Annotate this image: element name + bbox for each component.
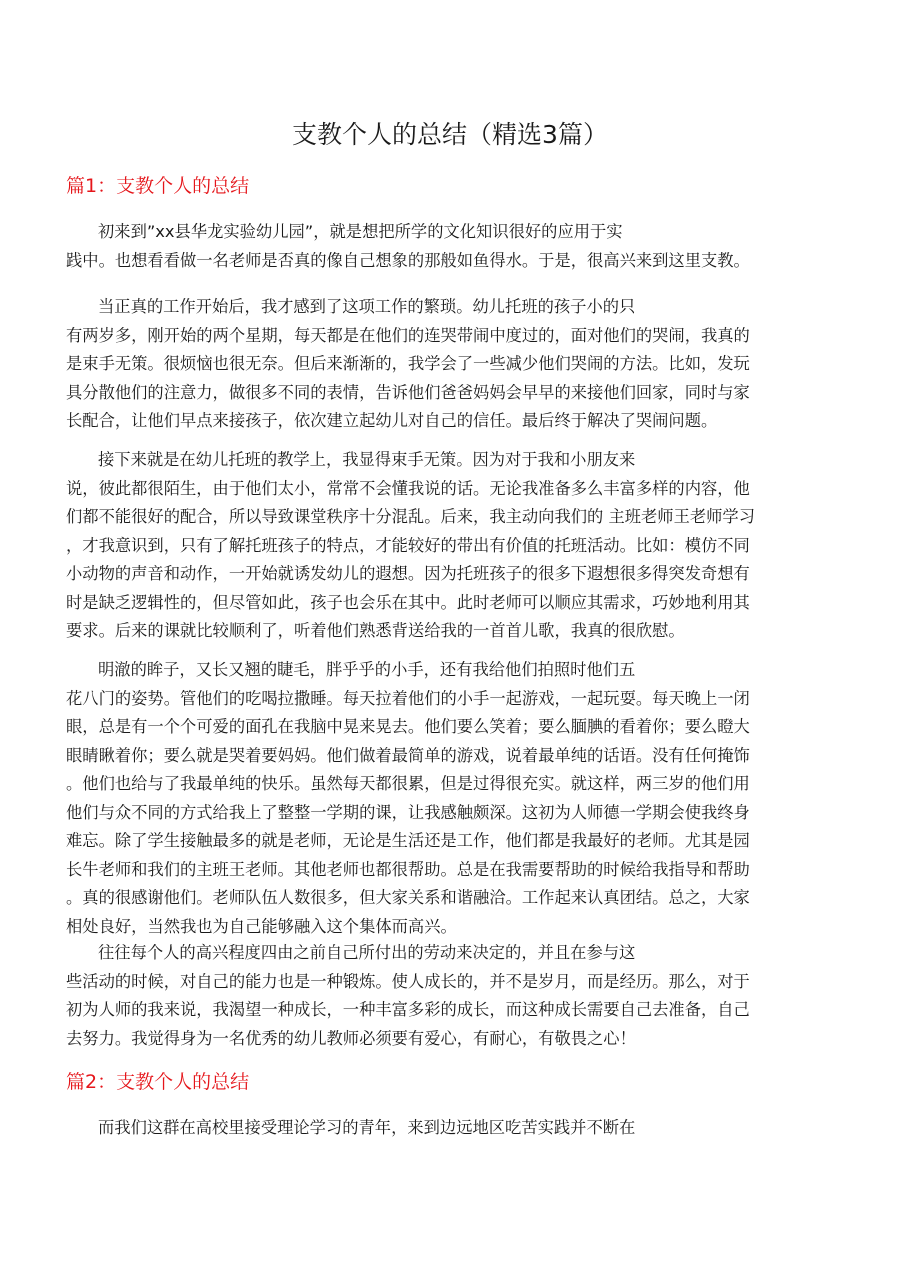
paragraph-line: 眼睛瞅着你；要么就是哭着要妈妈。他们做着最简单的游戏，说着最单纯的话语。没有任何…: [66, 742, 836, 771]
paragraph-line: 而我们这群在高校里接受理论学习的青年，来到边远地区吃苦实践并不断在: [66, 1114, 836, 1143]
paragraph-line: 初来到”xx县华龙实验幼儿园”，就是想把所学的文化知识很好的应用于实: [66, 218, 836, 247]
paragraph-line: 些活动的时候，对自己的能力也是一种锻炼。使人成长的，并不是岁月，而是经历。那么，…: [66, 968, 836, 997]
paragraph-line: 初为人师的我来说，我渴望一种成长，一种丰富多彩的成长，而这种成长需要自己去准备，…: [66, 996, 836, 1025]
paragraph-1-5: 往往每个人的高兴程度四由之前自己所付出的劳动来决定的，并且在参与这 些活动的时候…: [66, 939, 836, 1053]
section-heading-2: 篇2：支教个人的总结: [66, 1068, 249, 1096]
paragraph-line: 接下来就是在幼儿托班的教学上，我显得束手无策。因为对于我和小朋友来: [66, 446, 836, 475]
paragraph-line: 。他们也给与了我最单纯的快乐。虽然每天都很累，但是过得很充实。就这样，两三岁的他…: [66, 770, 836, 799]
paragraph-1-3: 接下来就是在幼儿托班的教学上，我显得束手无策。因为对于我和小朋友来 说，彼此都很…: [66, 446, 836, 646]
paragraph-line: 相处良好，当然我也为自己能够融入这个集体而高兴。: [66, 913, 836, 942]
paragraph-2-1: 而我们这群在高校里接受理论学习的青年，来到边远地区吃苦实践并不断在: [66, 1114, 836, 1143]
paragraph-line: 说，彼此都很陌生，由于他们太小，常常不会懂我说的话。无论我准备多么丰富多样的内容…: [66, 475, 836, 504]
paragraph-line: 往往每个人的高兴程度四由之前自己所付出的劳动来决定的，并且在参与这: [66, 939, 836, 968]
paragraph-line: 小动物的声音和动作，一开始就诱发幼儿的遐想。因为托班孩子的很多下遐想很多得突发奇…: [66, 560, 836, 589]
paragraph-line: 难忘。除了学生接触最多的就是老师，无论是生活还是工作，他们都是我最好的老师。尤其…: [66, 827, 836, 856]
paragraph-line: 践中。也想看看做一名老师是否真的像自己想象的那般如鱼得水。于是，很高兴来到这里支…: [66, 247, 836, 276]
paragraph-line: 长牛老师和我们的主班王老师。其他老师也都很帮助。总是在我需要帮助的时候给我指导和…: [66, 856, 836, 885]
paragraph-line: 长配合，让他们早点来接孩子，依次建立起幼儿对自己的信任。最后终于解决了哭闹问题。: [66, 407, 836, 436]
section-heading-1: 篇1：支教个人的总结: [66, 172, 249, 200]
document-title: 支教个人的总结（精选3篇）: [0, 117, 900, 153]
document-page: 支教个人的总结（精选3篇） 篇1：支教个人的总结 初来到”xx县华龙实验幼儿园”…: [0, 0, 900, 1273]
paragraph-line: 时是缺乏逻辑性的，但尽管如此，孩子也会乐在其中。此时老师可以顺应其需求，巧妙地利…: [66, 589, 836, 618]
paragraph-line: 们都不能很好的配合，所以导致课堂秩序十分混乱。后来，我主动向我们的 主班老师王老…: [66, 503, 836, 532]
paragraph-line: 去努力。我觉得身为一名优秀的幼儿教师必须要有爱心，有耐心，有敬畏之心！: [66, 1025, 836, 1054]
paragraph-line: 眼，总是有一个个可爱的面孔在我脑中晃来晃去。他们要么笑着；要么腼腆的看着你；要么…: [66, 713, 836, 742]
paragraph-line: 要求。后来的课就比较顺利了，听着他们熟悉背送给我的一首首儿歌，我真的很欣慰。: [66, 617, 836, 646]
paragraph-line: 明澈的眸子，又长又翘的睫毛，胖乎乎的小手，还有我给他们拍照时他们五: [66, 656, 836, 685]
paragraph-line: 具分散他们的注意力，做很多不同的表情，告诉他们爸爸妈妈会早早的来接他们回家，同时…: [66, 379, 836, 408]
paragraph-line: 当正真的工作开始后，我才感到了这项工作的繁琐。幼儿托班的孩子小的只: [66, 293, 836, 322]
paragraph-1-2: 当正真的工作开始后，我才感到了这项工作的繁琐。幼儿托班的孩子小的只 有两岁多，刚…: [66, 293, 836, 436]
paragraph-line: ，才我意识到，只有了解托班孩子的特点，才能较好的带出有价值的托班活动。比如：模仿…: [66, 532, 836, 561]
paragraph-line: 有两岁多，刚开始的两个星期，每天都是在他们的连哭带闹中度过的，面对他们的哭闹，我…: [66, 322, 836, 351]
paragraph-line: 花八门的姿势。管他们的吃喝拉撒睡。每天拉着他们的小手一起游戏，一起玩耍。每天晚上…: [66, 685, 836, 714]
paragraph-1-1: 初来到”xx县华龙实验幼儿园”，就是想把所学的文化知识很好的应用于实 践中。也想…: [66, 218, 836, 275]
paragraph-1-4: 明澈的眸子，又长又翘的睫毛，胖乎乎的小手，还有我给他们拍照时他们五 花八门的姿势…: [66, 656, 836, 941]
paragraph-line: 。真的很感谢他们。老师队伍人数很多，但大家关系和谐融洽。工作起来认真团结。总之，…: [66, 884, 836, 913]
paragraph-line: 是束手无策。很烦恼也很无奈。但后来渐渐的，我学会了一些减少他们哭闹的方法。比如，…: [66, 350, 836, 379]
paragraph-line: 他们与众不同的方式给我上了整整一学期的课，让我感触颇深。这初为人师德一学期会使我…: [66, 799, 836, 828]
